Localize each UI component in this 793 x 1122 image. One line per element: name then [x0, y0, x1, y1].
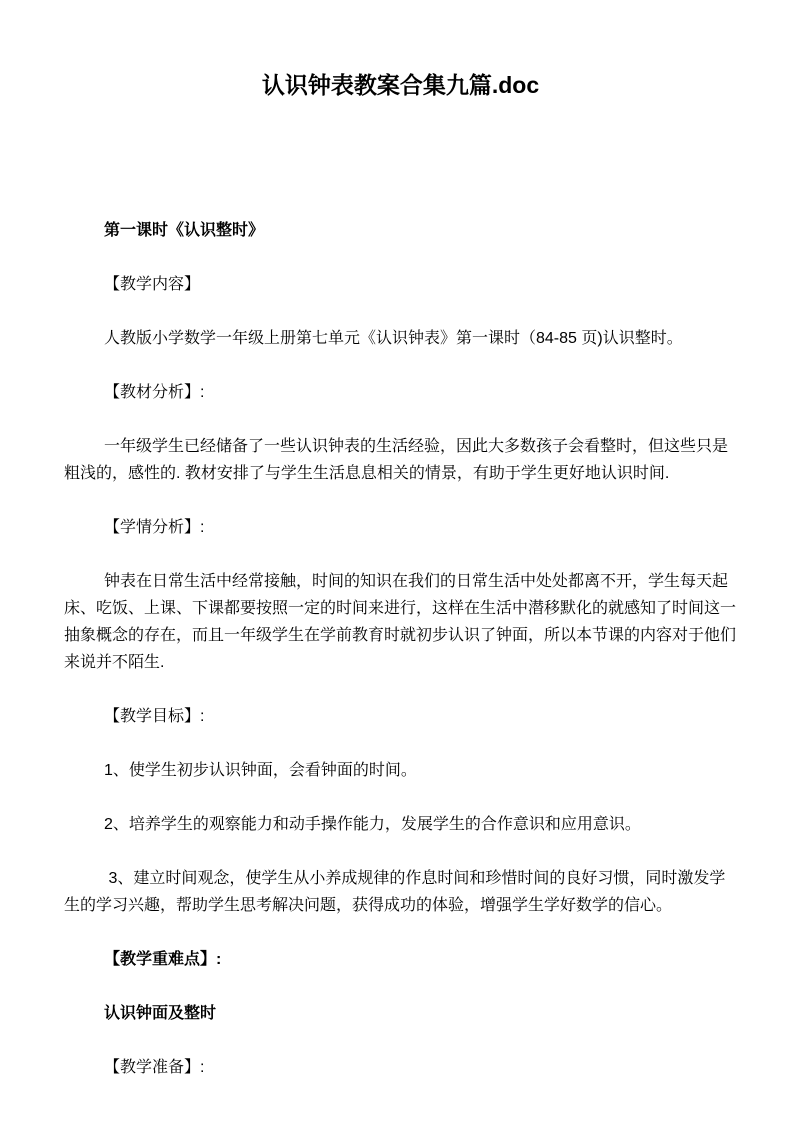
section-learning-analysis: 【学情分析】:: [64, 514, 737, 541]
section-teaching-goals: 【教学目标】:: [64, 703, 737, 730]
goal-item-2: 2、培养学生的观察能力和动手操作能力，发展学生的合作意识和应用意识。: [64, 811, 737, 838]
document-content: 认识钟表教案合集九篇.doc 第一课时《认识整时》 【教学内容】 人教版小学数学…: [0, 72, 793, 1081]
document-title: 认识钟表教案合集九篇.doc: [64, 72, 737, 98]
heading-lesson-1: 第一课时《认识整时》: [64, 217, 737, 244]
document-page: 认识钟表教案合集九篇.doc 第一课时《认识整时》 【教学内容】 人教版小学数学…: [0, 0, 793, 1122]
section-teaching-preparation: 【教学准备】:: [64, 1054, 737, 1081]
section-material-analysis: 【教材分析】:: [64, 379, 737, 406]
section-key-difficulties: 【教学重难点】:: [64, 946, 737, 973]
para-learning-analysis: 钟表在日常生活中经常接触，时间的知识在我们的日常生活中处处都离不开，学生每天起床…: [64, 568, 737, 676]
goal-item-1: 1、使学生初步认识钟面，会看钟面的时间。: [64, 757, 737, 784]
para-material-analysis: 一年级学生已经储备了一些认识钟表的生活经验，因此大多数孩子会看整时，但这些只是粗…: [64, 433, 737, 487]
goal-item-3: 3、建立时间观念，使学生从小养成规律的作息时间和珍惜时间的良好习惯，同时激发学生…: [64, 865, 737, 919]
document-body: 第一课时《认识整时》 【教学内容】 人教版小学数学一年级上册第七单元《认识钟表》…: [64, 217, 737, 1081]
para-textbook-info: 人教版小学数学一年级上册第七单元《认识钟表》第一课时（84-85 页)认识整时。: [64, 325, 737, 352]
section-teaching-content: 【教学内容】: [64, 271, 737, 298]
para-key-difficulties: 认识钟面及整时: [64, 1000, 737, 1027]
